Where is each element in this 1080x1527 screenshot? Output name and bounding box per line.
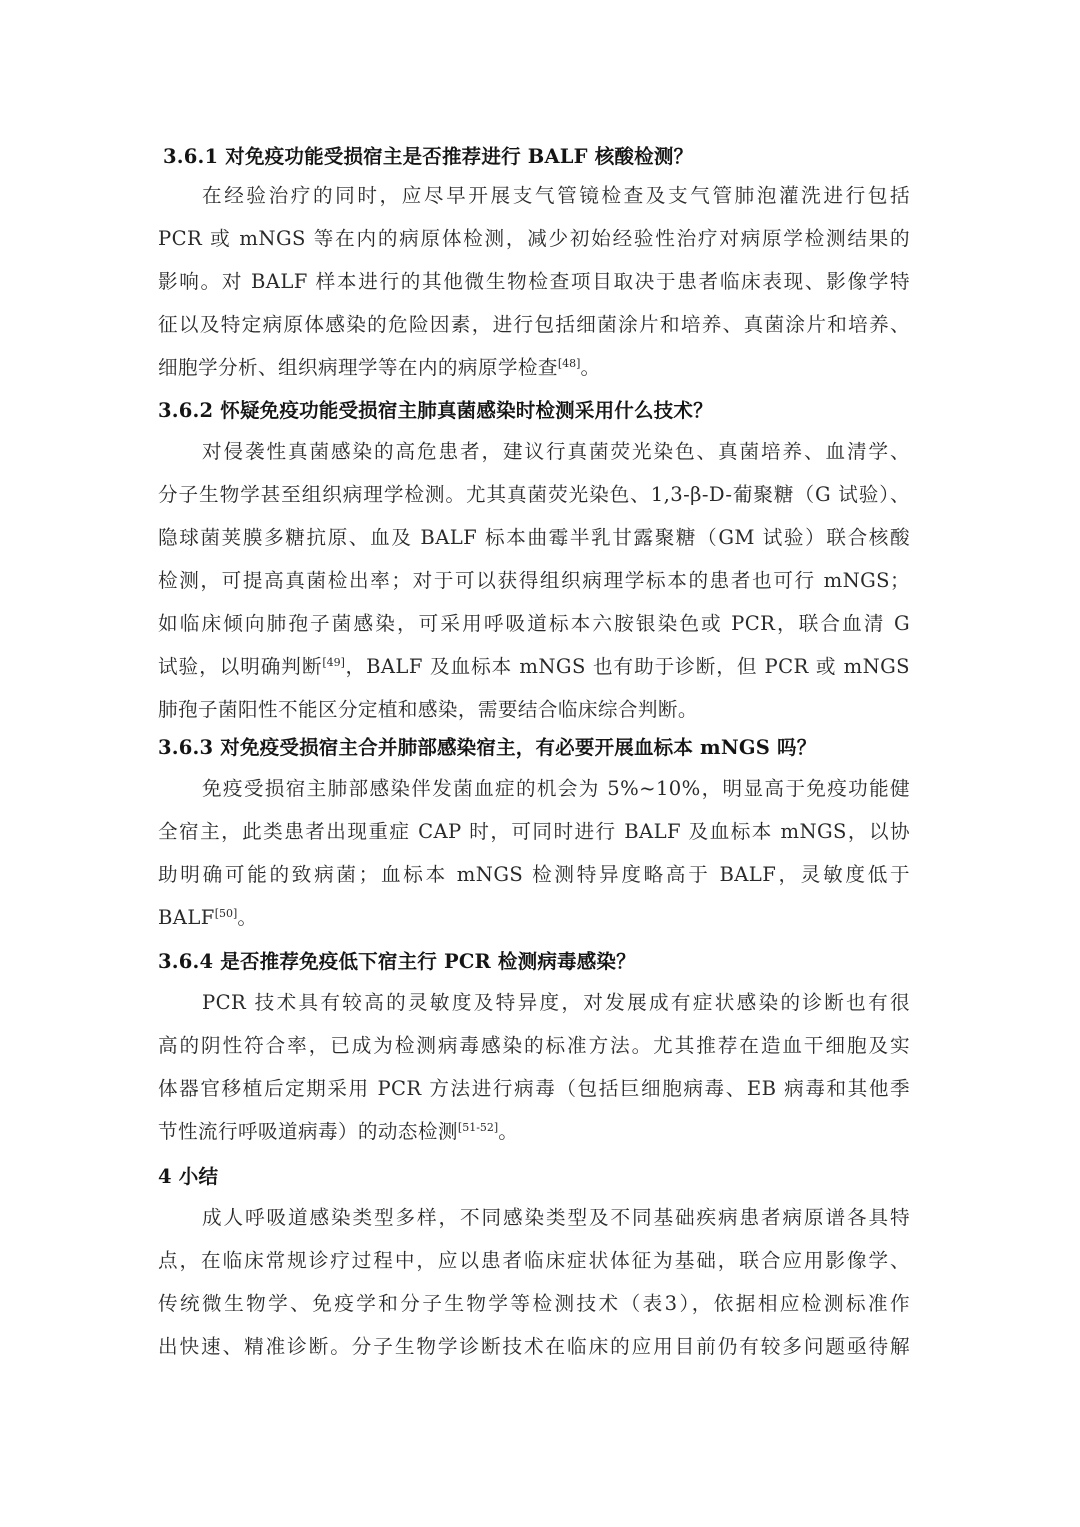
paragraph-line: 点，在临床常规诊疗过程中，应以患者临床症状体征为基础，联合应用影像学、	[158, 1246, 910, 1276]
paragraph-line: 分子生物学甚至组织病理学检测。尤其真菌荧光染色、1,3-β-D-葡聚糖（G 试验…	[158, 480, 910, 510]
document-page: 3.6.1 对免疫功能受损宿主是否推荐进行 BALF 核酸检测？ 在经验治疗的同…	[0, 0, 1080, 1527]
paragraph-line: 全宿主，此类患者出现重症 CAP 时，可同时进行 BALF 及血标本 mNGS，…	[158, 817, 910, 847]
paragraph-line: 高的阴性符合率，已成为检测病毒感染的标准方法。尤其推荐在造血干细胞及实	[158, 1031, 910, 1061]
paragraph-line: 体器官移植后定期采用 PCR 方法进行病毒（包括巨细胞病毒、EB 病毒和其他季	[158, 1074, 910, 1104]
section-heading-3-6-1: 3.6.1 对免疫功能受损宿主是否推荐进行 BALF 核酸检测？	[163, 142, 915, 172]
paragraph-text: ，BALF 及血标本 mNGS 也有助于诊断，但 PCR 或 mNGS	[345, 655, 910, 678]
paragraph-line: 传统微生物学、免疫学和分子生物学等检测技术（表3），依据相应检测标准作	[158, 1289, 910, 1319]
paragraph-text: 。	[237, 906, 257, 929]
paragraph-line: BALF[50]。	[158, 903, 910, 933]
paragraph-text: BALF	[158, 906, 215, 929]
paragraph-line: 成人呼吸道感染类型多样，不同感染类型及不同基础疾病患者病原谱各具特	[202, 1203, 910, 1233]
citation-ref: [51-52]	[458, 1121, 498, 1134]
paragraph-text: 细胞学分析、组织病理学等在内的病原学检查	[158, 356, 558, 379]
paragraph-line: 如临床倾向肺孢子菌感染，可采用呼吸道标本六胺银染色或 PCR，联合血清 G	[158, 609, 910, 639]
paragraph-line: PCR 技术具有较高的灵敏度及特异度，对发展成有症状感染的诊断也有很	[202, 988, 910, 1018]
paragraph-line: 隐球菌荚膜多糖抗原、血及 BALF 标本曲霉半乳甘露聚糖（GM 试验）联合核酸	[158, 523, 910, 553]
paragraph-line: 在经验治疗的同时，应尽早开展支气管镜检查及支气管肺泡灌洗进行包括	[202, 181, 910, 211]
section-heading-4-summary: 4 小结	[158, 1162, 910, 1192]
section-heading-3-6-4: 3.6.4 是否推荐免疫低下宿主行 PCR 检测病毒感染？	[158, 947, 910, 977]
citation-ref: [50]	[215, 907, 238, 920]
paragraph-text: 。	[498, 1120, 518, 1143]
paragraph-line: 对侵袭性真菌感染的高危患者，建议行真菌荧光染色、真菌培养、血清学、	[202, 437, 910, 467]
paragraph-line: 免疫受损宿主肺部感染伴发菌血症的机会为 5%~10%，明显高于免疫功能健	[202, 774, 910, 804]
section-heading-3-6-3: 3.6.3 对免疫受损宿主合并肺部感染宿主，有必要开展血标本 mNGS 吗？	[158, 733, 910, 763]
paragraph-line: 试验，以明确判断[49]，BALF 及血标本 mNGS 也有助于诊断，但 PCR…	[158, 652, 910, 682]
paragraph-text: 。	[580, 356, 600, 379]
paragraph-line: 出快速、精准诊断。分子生物学诊断技术在临床的应用目前仍有较多问题亟待解	[158, 1332, 910, 1362]
citation-ref: [49]	[322, 656, 345, 669]
paragraph-line: 检测，可提高真菌检出率；对于可以获得组织病理学标本的患者也可行 mNGS；	[158, 566, 910, 596]
paragraph-line: 节性流行呼吸道病毒）的动态检测[51-52]。	[158, 1117, 910, 1147]
paragraph-text: 试验，以明确判断	[158, 655, 322, 678]
paragraph-line: 征以及特定病原体感染的危险因素，进行包括细菌涂片和培养、真菌涂片和培养、	[158, 310, 910, 340]
paragraph-line: 细胞学分析、组织病理学等在内的病原学检查[48]。	[158, 353, 910, 383]
section-heading-3-6-2: 3.6.2 怀疑免疫功能受损宿主肺真菌感染时检测采用什么技术？	[158, 396, 910, 426]
paragraph-text: 节性流行呼吸道病毒）的动态检测	[158, 1120, 458, 1143]
paragraph-line: 肺孢子菌阳性不能区分定植和感染，需要结合临床综合判断。	[158, 695, 910, 725]
paragraph-line: 助明确可能的致病菌；血标本 mNGS 检测特异度略高于 BALF，灵敏度低于	[158, 860, 910, 890]
paragraph-line: PCR 或 mNGS 等在内的病原体检测，减少初始经验性治疗对病原学检测结果的	[158, 224, 910, 254]
citation-ref: [48]	[558, 357, 581, 370]
paragraph-line: 影响。对 BALF 样本进行的其他微生物检查项目取决于患者临床表现、影像学特	[158, 267, 910, 297]
